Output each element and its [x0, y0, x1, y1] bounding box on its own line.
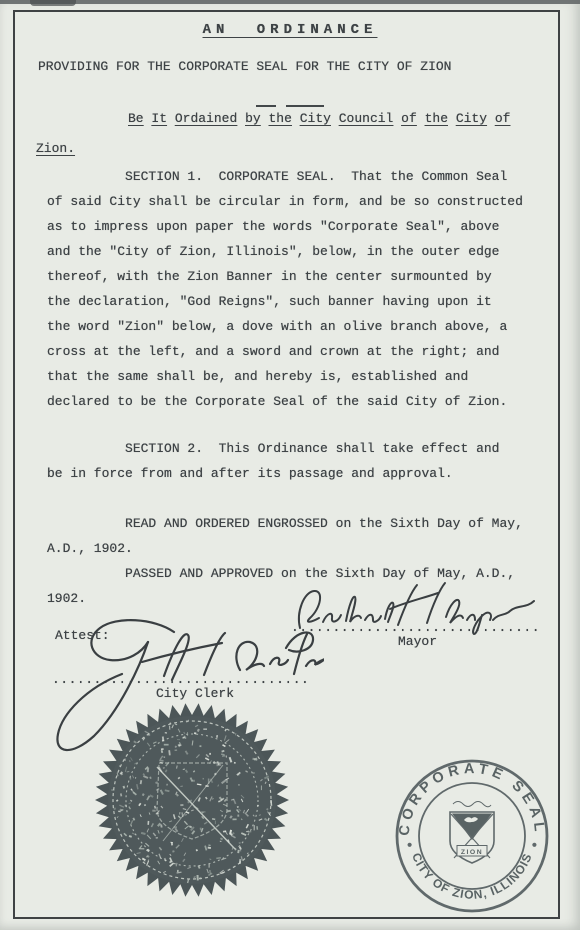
underlined-word: Zion.	[36, 141, 75, 156]
section-2-paragraph: SECTION 2. This Ordinance shall take eff…	[47, 436, 499, 486]
seal-speckle	[121, 810, 124, 811]
text-line: as to impress upon paper the words "Corp…	[47, 214, 523, 239]
seal-speckle	[232, 846, 233, 850]
seal-speckle	[218, 801, 220, 802]
text-line: declared to be the Corporate Seal of the…	[47, 389, 523, 414]
mayor-title-label: Mayor	[398, 634, 437, 649]
read-engrossed-paragraph: READ AND ORDERED ENGROSSED on the Sixth …	[47, 511, 523, 561]
stamp-shield-emblem: ZION	[450, 802, 494, 864]
document-subtitle: PROVIDING FOR THE CORPORATE SEAL FOR THE…	[38, 59, 451, 74]
stamp-right-dot	[532, 843, 536, 847]
seal-speckle	[212, 819, 215, 820]
seal-speckle	[257, 805, 258, 806]
scan-smudge	[30, 0, 76, 6]
shield-banner-triangle	[452, 814, 492, 841]
seal-speckle	[189, 826, 191, 827]
ordinance-document-page: AN ORDINANCE PROVIDING FOR THE CORPORATE…	[0, 0, 580, 930]
seal-speckle	[155, 806, 156, 809]
seal-speckle	[180, 812, 181, 814]
text-line: SECTION 1. CORPORATE SEAL. That the Comm…	[47, 164, 523, 189]
seal-speckle	[182, 812, 183, 817]
scan-edge-strip	[0, 0, 580, 4]
underlined-word: the	[425, 111, 448, 126]
underlined-word: Council	[339, 111, 394, 126]
text-line: and the "City of Zion, Illinois", below,…	[47, 239, 523, 264]
seal-speckle	[165, 790, 170, 791]
seal-speckle	[197, 784, 202, 785]
underlined-word: Ordained	[175, 111, 237, 126]
seal-speckle	[239, 843, 241, 844]
text-line: of said City shall be circular in form, …	[47, 189, 523, 214]
seal-speckle	[114, 808, 116, 809]
seal-speckle	[191, 810, 194, 811]
seal-speckle	[235, 848, 236, 849]
seal-speckle	[194, 877, 196, 878]
seal-speckle	[230, 816, 232, 818]
stamp-left-dot	[408, 843, 412, 847]
text-line: cross at the left, and a sword and crown…	[47, 339, 523, 364]
underlined-word: of	[401, 111, 417, 126]
seal-speckle	[116, 800, 118, 801]
underlined-word: City	[456, 111, 487, 126]
seal-speckle	[208, 848, 211, 849]
seal-speckle	[141, 780, 142, 784]
text-line: SECTION 2. This Ordinance shall take eff…	[47, 436, 499, 461]
seal-speckle	[121, 793, 122, 796]
seal-speckle	[220, 841, 222, 842]
text-line: A.D., 1902.	[47, 536, 523, 561]
stamp-corporate-seal: CORPORATE SEAL CITY OF ZION, ILLINOIS ZI…	[393, 757, 551, 915]
seal-speckle	[143, 794, 144, 796]
divider-dash-long	[286, 105, 324, 108]
stamp-motto-squiggle	[453, 802, 491, 807]
seal-speckle	[196, 849, 197, 851]
seal-speckle	[267, 808, 268, 810]
document-title: AN ORDINANCE	[0, 22, 580, 38]
seal-speckle	[228, 840, 229, 843]
stamp-center-text: ZION	[461, 849, 483, 856]
seal-speckle	[172, 851, 174, 852]
seal-speckle	[147, 850, 150, 852]
seal-speckle	[230, 830, 231, 835]
text-line: READ AND ORDERED ENGROSSED on the Sixth …	[47, 511, 523, 536]
seal-speckle	[198, 866, 199, 869]
text-line: thereof, with the Zion Banner in the cen…	[47, 264, 523, 289]
seal-speckle	[237, 807, 239, 808]
seal-speckle	[216, 858, 221, 859]
stamp-bottom-text: CITY OF ZION, ILLINOIS	[409, 851, 535, 902]
seal-speckle	[129, 836, 132, 837]
enacting-clause-line2: Zion.	[36, 141, 75, 156]
seal-speckle	[233, 833, 234, 834]
seal-speckle	[161, 825, 162, 828]
seal-speckle	[231, 834, 232, 835]
seal-speckle	[148, 860, 149, 862]
seal-speckle	[223, 831, 226, 832]
seal-speckle	[162, 831, 163, 833]
underlined-word: the	[269, 111, 292, 126]
seal-speckle	[208, 845, 210, 846]
underlined-word: of	[495, 111, 511, 126]
divider-dash-short	[256, 105, 276, 108]
text-line: that the same shall be, and hereby is, e…	[47, 364, 523, 389]
seal-speckle	[124, 786, 125, 789]
section-1-paragraph: SECTION 1. CORPORATE SEAL. That the Comm…	[47, 164, 523, 414]
seal-speckle	[156, 782, 158, 783]
seal-speckle	[133, 818, 134, 821]
mayor-signature	[294, 578, 539, 636]
seal-speckle	[271, 800, 272, 805]
seal-speckle	[188, 880, 189, 883]
underlined-word: Be	[128, 111, 144, 126]
seal-speckle	[240, 847, 241, 850]
text-line: be in force from and after its passage a…	[47, 461, 499, 486]
seal-speckle	[220, 838, 222, 839]
seal-speckle	[177, 872, 182, 873]
seal-speckle	[177, 794, 178, 796]
seal-speckle	[238, 850, 239, 853]
underlined-word: by	[245, 111, 261, 126]
seal-speckle	[227, 811, 231, 812]
underlined-word: City	[300, 111, 331, 126]
seal-speckle	[200, 877, 201, 879]
text-line: the declaration, "God Reigns", such bann…	[47, 289, 523, 314]
enacting-clause-line1: Be It Ordained by the City Council of th…	[128, 111, 510, 126]
city-clerk-signature	[24, 614, 324, 779]
underlined-word: It	[151, 111, 167, 126]
text-line: the word "Zion" below, a dove with an ol…	[47, 314, 523, 339]
seal-speckle	[141, 833, 145, 834]
